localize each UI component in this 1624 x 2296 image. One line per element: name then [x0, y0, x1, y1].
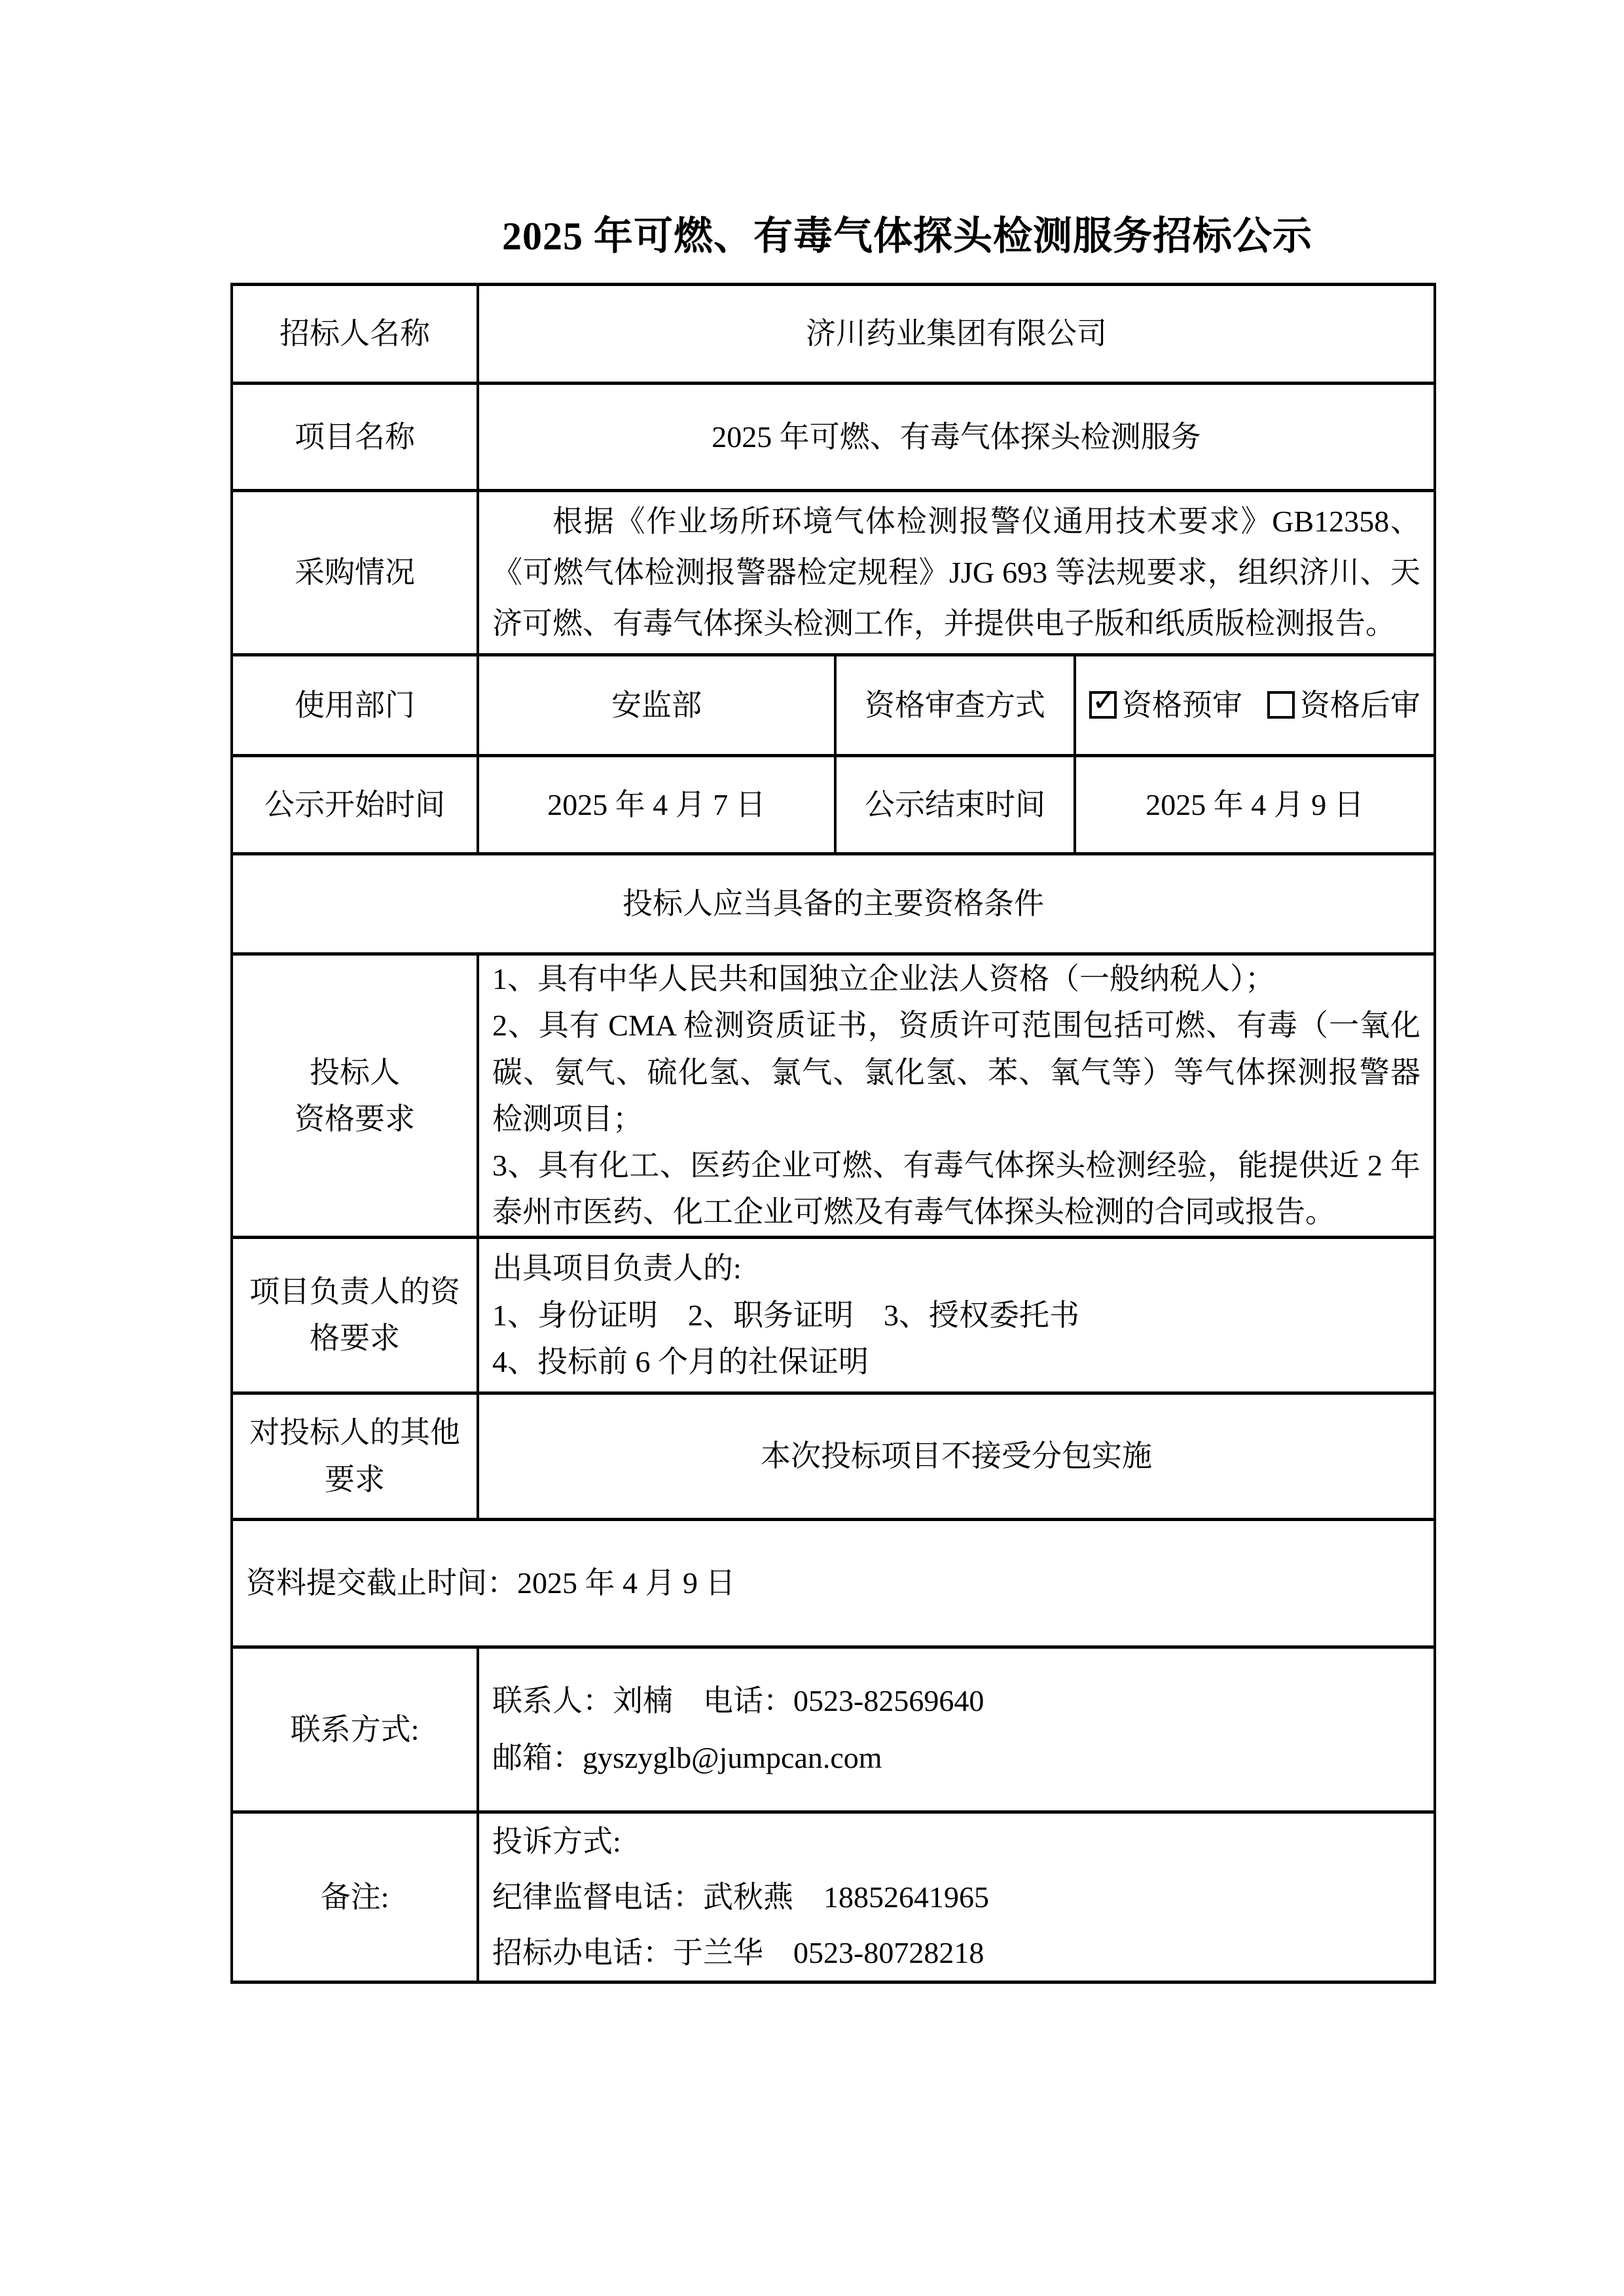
manager-qualification-lines-cell: 出具项目负责人的: 1、身份证明 2、职务证明 3、授权委托书 4、投标前 6 … [478, 1237, 1435, 1393]
pre-review-option-label: 资格预审 [1122, 682, 1242, 728]
contact-lines-cell: 联系人：刘楠 电话：0523-82569640 邮箱：gyszyglb@jump… [478, 1647, 1435, 1812]
post-review-option-label: 资格后审 [1300, 682, 1420, 728]
project-name-value: 2025 年可燃、有毒气体探头检测服务 [478, 384, 1435, 491]
review-method-label: 资格审查方式 [835, 655, 1075, 756]
table-row-deadline: 资料提交截止时间：2025 年 4 月 9 日 [232, 1519, 1435, 1647]
department-label: 使用部门 [232, 655, 478, 756]
table-row-manager-qualification: 项目负责人的资 格要求 出具项目负责人的: 1、身份证明 2、职务证明 3、授权… [232, 1237, 1435, 1393]
contact-label: 联系方式: [232, 1647, 478, 1812]
bidder-qualification-label: 投标人 资格要求 [232, 954, 478, 1238]
publicity-end-label: 公示结束时间 [835, 756, 1075, 854]
bidder-qualification-item: 1、具有中华人民共和国独立企业法人资格（一般纳税人）； [492, 956, 1420, 1002]
bidder-qualification-item: 2、具有 CMA 检测资质证书，资质许可范围包括可燃、有毒（一氧化碳、氨气、硫化… [492, 1002, 1420, 1142]
bidder-name-label: 招标人名称 [232, 285, 478, 384]
procurement-paragraph: 根据《作业场所环境气体检测报警仪通用技术要求》GB12358、《可燃气体检测报警… [492, 496, 1420, 650]
bidder-qualification-item: 3、具有化工、医药企业可燃、有毒气体探头检测经验，能提供近 2 年泰州市医药、化… [492, 1142, 1420, 1236]
bidder-qualification-label-line2: 资格要求 [246, 1096, 463, 1142]
tender-announcement-table: 招标人名称 济川药业集团有限公司 项目名称 2025 年可燃、有毒气体探头检测服… [230, 283, 1436, 1984]
manager-qualification-label-line2: 格要求 [246, 1315, 463, 1361]
other-requirements-label: 对投标人的其他 要求 [232, 1393, 478, 1519]
table-row-contact: 联系方式: 联系人：刘楠 电话：0523-82569640 邮箱：gyszygl… [232, 1647, 1435, 1812]
post-review-option: 资格后审 [1267, 682, 1420, 728]
qualification-header: 投标人应当具备的主要资格条件 [232, 854, 1435, 954]
review-method-options-cell: ✓ 资格预审 资格后审 [1075, 655, 1435, 756]
remarks-lines-cell: 投诉方式: 纪律监督电话：武秋燕 18852641965 招标办电话：于兰华 0… [478, 1812, 1435, 1982]
contact-email-line: 邮箱：gyszyglb@jumpcan.com [492, 1729, 1420, 1786]
table-row-bidder-name: 招标人名称 济川药业集团有限公司 [232, 285, 1435, 384]
table-row-publicity-dates: 公示开始时间 2025 年 4 月 7 日 公示结束时间 2025 年 4 月 … [232, 756, 1435, 854]
contact-person-phone-line: 联系人：刘楠 电话：0523-82569640 [492, 1672, 1420, 1729]
document-page: 2025 年可燃、有毒气体探头检测服务招标公示 招标人名称 济川药业集团有限公司… [0, 0, 1624, 2296]
table-row-procurement: 采购情况 根据《作业场所环境气体检测报警仪通用技术要求》GB12358、《可燃气… [232, 491, 1435, 655]
check-mark-icon: ✓ [1092, 685, 1117, 715]
manager-qualification-line: 1、身份证明 2、职务证明 3、授权委托书 [492, 1292, 1420, 1338]
page-title: 2025 年可燃、有毒气体探头检测服务招标公示 [0, 0, 1624, 259]
remarks-label: 备注: [232, 1812, 478, 1982]
remarks-discipline-phone-line: 纪律监督电话：武秋燕 18852641965 [492, 1869, 1420, 1925]
manager-qualification-line: 4、投标前 6 个月的社保证明 [492, 1338, 1420, 1385]
remarks-complaint-line: 投诉方式: [492, 1814, 1420, 1869]
pre-review-checkbox-checked[interactable]: ✓ [1089, 691, 1117, 719]
review-method-options: ✓ 资格预审 资格后审 [1081, 682, 1428, 728]
other-requirements-value: 本次投标项目不接受分包实施 [478, 1393, 1435, 1519]
pre-review-option: ✓ 资格预审 [1089, 682, 1242, 728]
table-row-remarks: 备注: 投诉方式: 纪律监督电话：武秋燕 18852641965 招标办电话：于… [232, 1812, 1435, 1982]
department-value: 安监部 [478, 655, 835, 756]
manager-qualification-label: 项目负责人的资 格要求 [232, 1237, 478, 1393]
publicity-start-value: 2025 年 4 月 7 日 [478, 756, 835, 854]
other-requirements-label-line2: 要求 [246, 1456, 463, 1503]
publicity-end-value: 2025 年 4 月 9 日 [1075, 756, 1435, 854]
project-name-label: 项目名称 [232, 384, 478, 491]
post-review-checkbox-empty[interactable] [1267, 691, 1295, 719]
procurement-value-cell: 根据《作业场所环境气体检测报警仪通用技术要求》GB12358、《可燃气体检测报警… [478, 491, 1435, 655]
remarks-tender-office-phone-line: 招标办电话：于兰华 0523-80728218 [492, 1925, 1420, 1981]
manager-qualification-line: 出具项目负责人的: [492, 1245, 1420, 1291]
procurement-label: 采购情况 [232, 491, 478, 655]
bidder-qualification-label-line1: 投标人 [246, 1049, 463, 1096]
table-row-bidder-qualification: 投标人 资格要求 1、具有中华人民共和国独立企业法人资格（一般纳税人）； 2、具… [232, 954, 1435, 1238]
deadline-text: 资料提交截止时间：2025 年 4 月 9 日 [232, 1519, 1435, 1647]
other-requirements-label-line1: 对投标人的其他 [246, 1409, 463, 1456]
publicity-start-label: 公示开始时间 [232, 756, 478, 854]
manager-qualification-label-line1: 项目负责人的资 [246, 1268, 463, 1315]
bidder-qualification-items-cell: 1、具有中华人民共和国独立企业法人资格（一般纳税人）； 2、具有 CMA 检测资… [478, 954, 1435, 1238]
table-row-department-review: 使用部门 安监部 资格审查方式 ✓ 资格预审 资格后审 [232, 655, 1435, 756]
bidder-name-value: 济川药业集团有限公司 [478, 285, 1435, 384]
table-row-project-name: 项目名称 2025 年可燃、有毒气体探头检测服务 [232, 384, 1435, 491]
table-row-qualification-header: 投标人应当具备的主要资格条件 [232, 854, 1435, 954]
table-row-other-requirements: 对投标人的其他 要求 本次投标项目不接受分包实施 [232, 1393, 1435, 1519]
